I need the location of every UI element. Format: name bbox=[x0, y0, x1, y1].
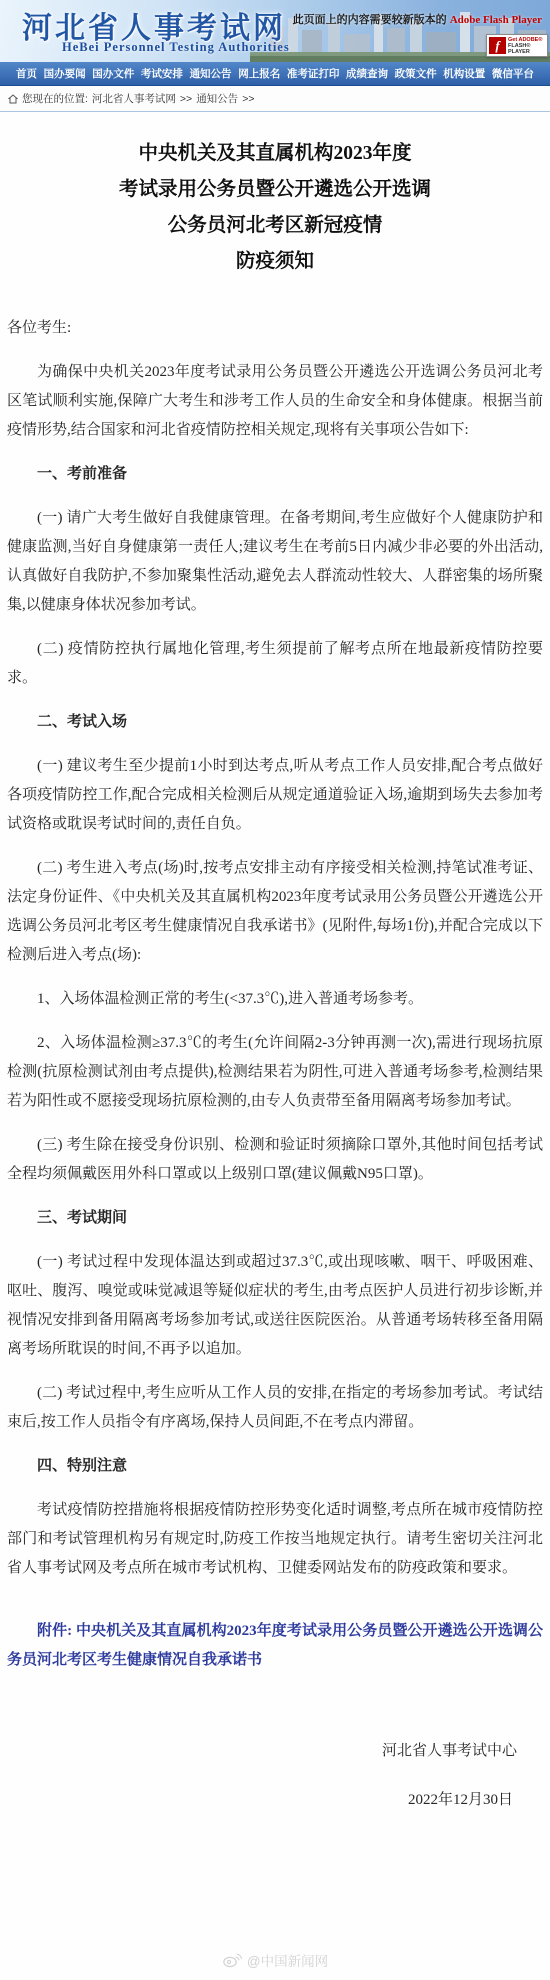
breadcrumb-prefix: 您现在的位置: bbox=[22, 91, 88, 106]
nav-item-gov-news[interactable]: 国办要闻 bbox=[44, 66, 86, 81]
nav-item-wechat[interactable]: 微信平台 bbox=[492, 66, 534, 81]
nav-item-organization[interactable]: 机构设置 bbox=[443, 66, 485, 81]
breadcrumb-site-link[interactable]: 河北省人事考试网 bbox=[92, 91, 176, 106]
flash-notice-text: 此页面上的内容需要较新版本的 bbox=[293, 14, 450, 26]
section-heading-3: 三、考试期间 bbox=[7, 1204, 543, 1233]
nav-item-online-registration[interactable]: 网上报名 bbox=[238, 66, 280, 81]
doc-title-line: 防疫须知 bbox=[7, 244, 543, 280]
breadcrumb: 您现在的位置: 河北省人事考试网 >> 通知公告 >> bbox=[0, 86, 550, 112]
issue-date: 2022年12月30日 bbox=[7, 1786, 543, 1815]
nav-item-score-query[interactable]: 成绩查询 bbox=[346, 66, 388, 81]
doc-paragraph: (三) 考生除在接受身份识别、检测和验证时须摘除口罩外,其他时间包括考试全程均须… bbox=[7, 1131, 543, 1189]
flash-get-button[interactable]: f Get ADOBE® FLASH® PLAYER bbox=[486, 34, 548, 57]
section-heading-4: 四、特别注意 bbox=[7, 1452, 543, 1481]
doc-title-line: 考试录用公务员暨公开遴选公开选调 bbox=[7, 172, 543, 208]
doc-paragraph: (二) 考生进入考点(场)时,按考点安排主动有序接受相关检测,持笔试准考证、法定… bbox=[7, 854, 543, 970]
issuer-signature: 河北省人事考试中心 bbox=[7, 1737, 543, 1766]
main-nav: 首页 国办要闻 国办文件 考试安排 通知公告 网上报名 准考证打印 成绩查询 政… bbox=[0, 62, 550, 86]
watermark: @中国新闻网 bbox=[0, 1950, 550, 1980]
flash-notice-product: Adobe Flash Player bbox=[450, 14, 542, 26]
notice-article: 中央机关及其直属机构2023年度 考试录用公务员暨公开遴选公开选调 公务员河北考… bbox=[0, 112, 550, 1815]
doc-paragraph: 1、入场体温检测正常的考生(<37.3℃),进入普通考场参考。 bbox=[7, 985, 543, 1014]
breadcrumb-section-link[interactable]: 通知公告 bbox=[196, 91, 238, 106]
doc-paragraph: 为确保中央机关2023年度考试录用公务员暨公开遴选公开选调公务员河北考区笔试顺利… bbox=[7, 358, 543, 445]
doc-title: 中央机关及其直属机构2023年度 考试录用公务员暨公开遴选公开选调 公务员河北考… bbox=[7, 136, 543, 280]
nav-item-policy-documents[interactable]: 政策文件 bbox=[395, 66, 437, 81]
nav-item-gov-documents[interactable]: 国办文件 bbox=[92, 66, 134, 81]
flash-upgrade-notice: 此页面上的内容需要较新版本的 Adobe Flash Player bbox=[293, 11, 542, 27]
attachment-label: 附件: bbox=[37, 1623, 72, 1639]
nav-item-home[interactable]: 首页 bbox=[16, 66, 37, 81]
nav-item-ticket-print[interactable]: 准考证打印 bbox=[287, 66, 340, 81]
doc-paragraph: 2、入场体温检测≥37.3℃的考生(允许间隔2-3分钟再测一次),需进行现场抗原… bbox=[7, 1029, 543, 1116]
weibo-icon bbox=[222, 1952, 242, 1968]
doc-paragraph: (二) 考试过程中,考生应听从工作人员的安排,在指定的考场参加考试。考试结束后,… bbox=[7, 1379, 543, 1437]
breadcrumb-separator: >> bbox=[180, 93, 192, 105]
doc-paragraph: (二) 疫情防控执行属地化管理,考生须提前了解考点所在地最新疫情防控要求。 bbox=[7, 635, 543, 693]
flash-button-label: Get ADOBE® FLASH® PLAYER bbox=[508, 37, 547, 55]
doc-paragraph: (一) 请广大考生做好自我健康管理。在备考期间,考生应做好个人健康防护和健康监测… bbox=[7, 504, 543, 620]
section-heading-1: 一、考前准备 bbox=[7, 460, 543, 489]
doc-paragraph: (一) 建议考生至少提前1小时到达考点,听从考点工作人员安排,配合考点做好各项疫… bbox=[7, 752, 543, 839]
section-heading-2: 二、考试入场 bbox=[7, 708, 543, 737]
doc-paragraph: 考试疫情防控措施将根据疫情防控形势变化适时调整,考点所在城市疫情防控部门和考试管… bbox=[7, 1496, 543, 1583]
doc-paragraph: (一) 考试过程中发现体温达到或超过37.3℃,或出现咳嗽、咽干、呼吸困难、呕吐… bbox=[7, 1248, 543, 1364]
page: 河北省人事考试网 HeBei Personnel Testing Authori… bbox=[0, 0, 550, 1980]
nav-item-notices[interactable]: 通知公告 bbox=[190, 66, 232, 81]
site-header: 河北省人事考试网 HeBei Personnel Testing Authori… bbox=[0, 0, 550, 62]
attachment-link[interactable]: 中央机关及其直属机构2023年度考试录用公务员暨公开遴选公开选调公务员河北考区考… bbox=[7, 1623, 543, 1668]
breadcrumb-separator: >> bbox=[242, 93, 254, 105]
attachment-line: 附件: 中央机关及其直属机构2023年度考试录用公务员暨公开遴选公开选调公务员河… bbox=[7, 1617, 543, 1675]
doc-title-line: 中央机关及其直属机构2023年度 bbox=[7, 136, 543, 172]
home-icon bbox=[8, 94, 18, 104]
nav-item-exam-schedule[interactable]: 考试安排 bbox=[141, 66, 183, 81]
doc-title-line: 公务员河北考区新冠疫情 bbox=[7, 208, 543, 244]
watermark-text: @中国新闻网 bbox=[247, 1950, 328, 1970]
salutation: 各位考生: bbox=[7, 314, 543, 343]
site-subtitle: HeBei Personnel Testing Authorities bbox=[62, 40, 290, 55]
flash-player-icon: f bbox=[489, 37, 506, 54]
